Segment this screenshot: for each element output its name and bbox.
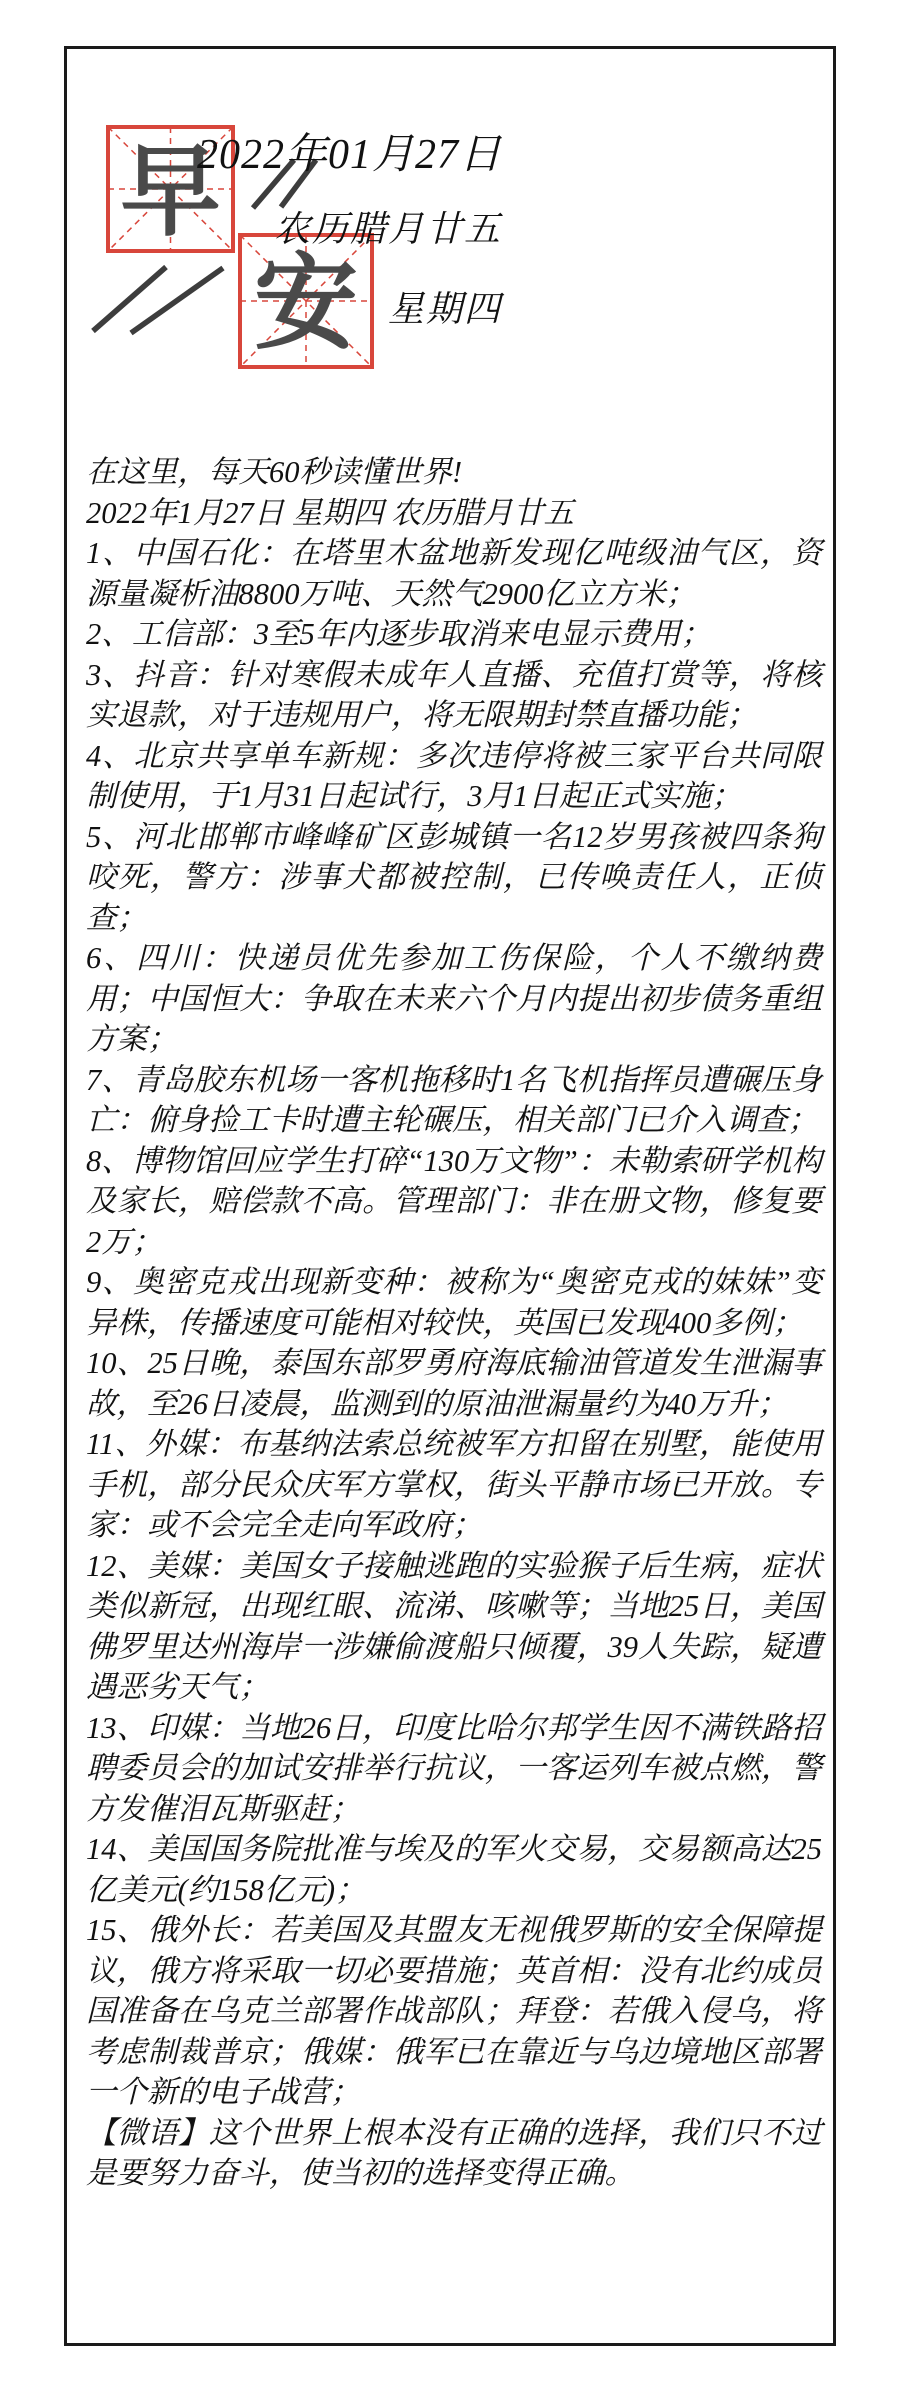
news-item: 10、25日晚，泰国东部罗勇府海底输油管道发生泄漏事故，至26日凌晨，监测到的原… — [86, 1343, 822, 1424]
news-item: 4、北京共享单车新规：多次违停将被三家平台共同限制使用，于1月31日起试行，3月… — [86, 736, 822, 817]
weekday: 星期四 — [172, 284, 502, 334]
morning-news-poster: 早 安 2022年01月27日 农历腊月廿五 星期四 在这里，每天60秒读懂世界… — [0, 0, 900, 2400]
intro-line: 在这里，每天60秒读懂世界! — [86, 452, 822, 493]
date-summary-line: 2022年1月27日 星期四 农历腊月廿五 — [86, 493, 822, 534]
date-block: 2022年01月27日 农历腊月廿五 星期四 — [172, 126, 502, 334]
news-item: 11、外媒：布基纳法索总统被军方扣留在别墅，能使用手机，部分民众庆军方掌权，街头… — [86, 1424, 822, 1546]
news-body: 在这里，每天60秒读懂世界! 2022年1月27日 星期四 农历腊月廿五 1、中… — [86, 452, 822, 2194]
news-item: 9、奥密克戎出现新变种：被称为“奥密克戎的妹妹”变异株，传播速度可能相对较快，英… — [86, 1262, 822, 1343]
weiyu-line: 【微语】这个世界上根本没有正确的选择，我们只不过是要努力奋斗，使当初的选择变得正… — [86, 2113, 822, 2194]
news-item: 15、俄外长：若美国及其盟友无视俄罗斯的安全保障提议，俄方将采取一切必要措施；英… — [86, 1910, 822, 2113]
news-item: 14、美国国务院批准与埃及的军火交易，交易额高达25亿美元(约158亿元)； — [86, 1829, 822, 1910]
lunar-date: 农历腊月廿五 — [172, 204, 502, 254]
news-item: 1、中国石化：在塔里木盆地新发现亿吨级油气区，资源量凝析油8800万吨、天然气2… — [86, 533, 822, 614]
news-item: 12、美媒：美国女子接触逃跑的实验猴子后生病，症状类似新冠，出现红眼、流涕、咳嗽… — [86, 1546, 822, 1708]
news-item: 13、印媒：当地26日，印度比哈尔邦学生因不满铁路招聘委员会的加试安排举行抗议，… — [86, 1708, 822, 1830]
news-item: 8、博物馆回应学生打碎“130万文物”：未勒索研学机构及家长，赔偿款不高。管理部… — [86, 1141, 822, 1263]
news-item: 5、河北邯郸市峰峰矿区彭城镇一名12岁男孩被四条狗咬死，警方：涉事犬都被控制，已… — [86, 817, 822, 939]
news-item: 3、抖音：针对寒假未成年人直播、充值打赏等，将核实退款，对于违规用户，将无限期封… — [86, 655, 822, 736]
news-item: 7、青岛胶东机场一客机拖移时1名飞机指挥员遭碾压身亡：俯身捡工卡时遭主轮碾压，相… — [86, 1060, 822, 1141]
gregorian-date: 2022年01月27日 — [172, 126, 502, 184]
news-item: 6、四川：快递员优先参加工伤保险，个人不缴纳费用；中国恒大：争取在未来六个月内提… — [86, 938, 822, 1060]
news-item: 2、工信部：3至5年内逐步取消来电显示费用； — [86, 614, 822, 655]
